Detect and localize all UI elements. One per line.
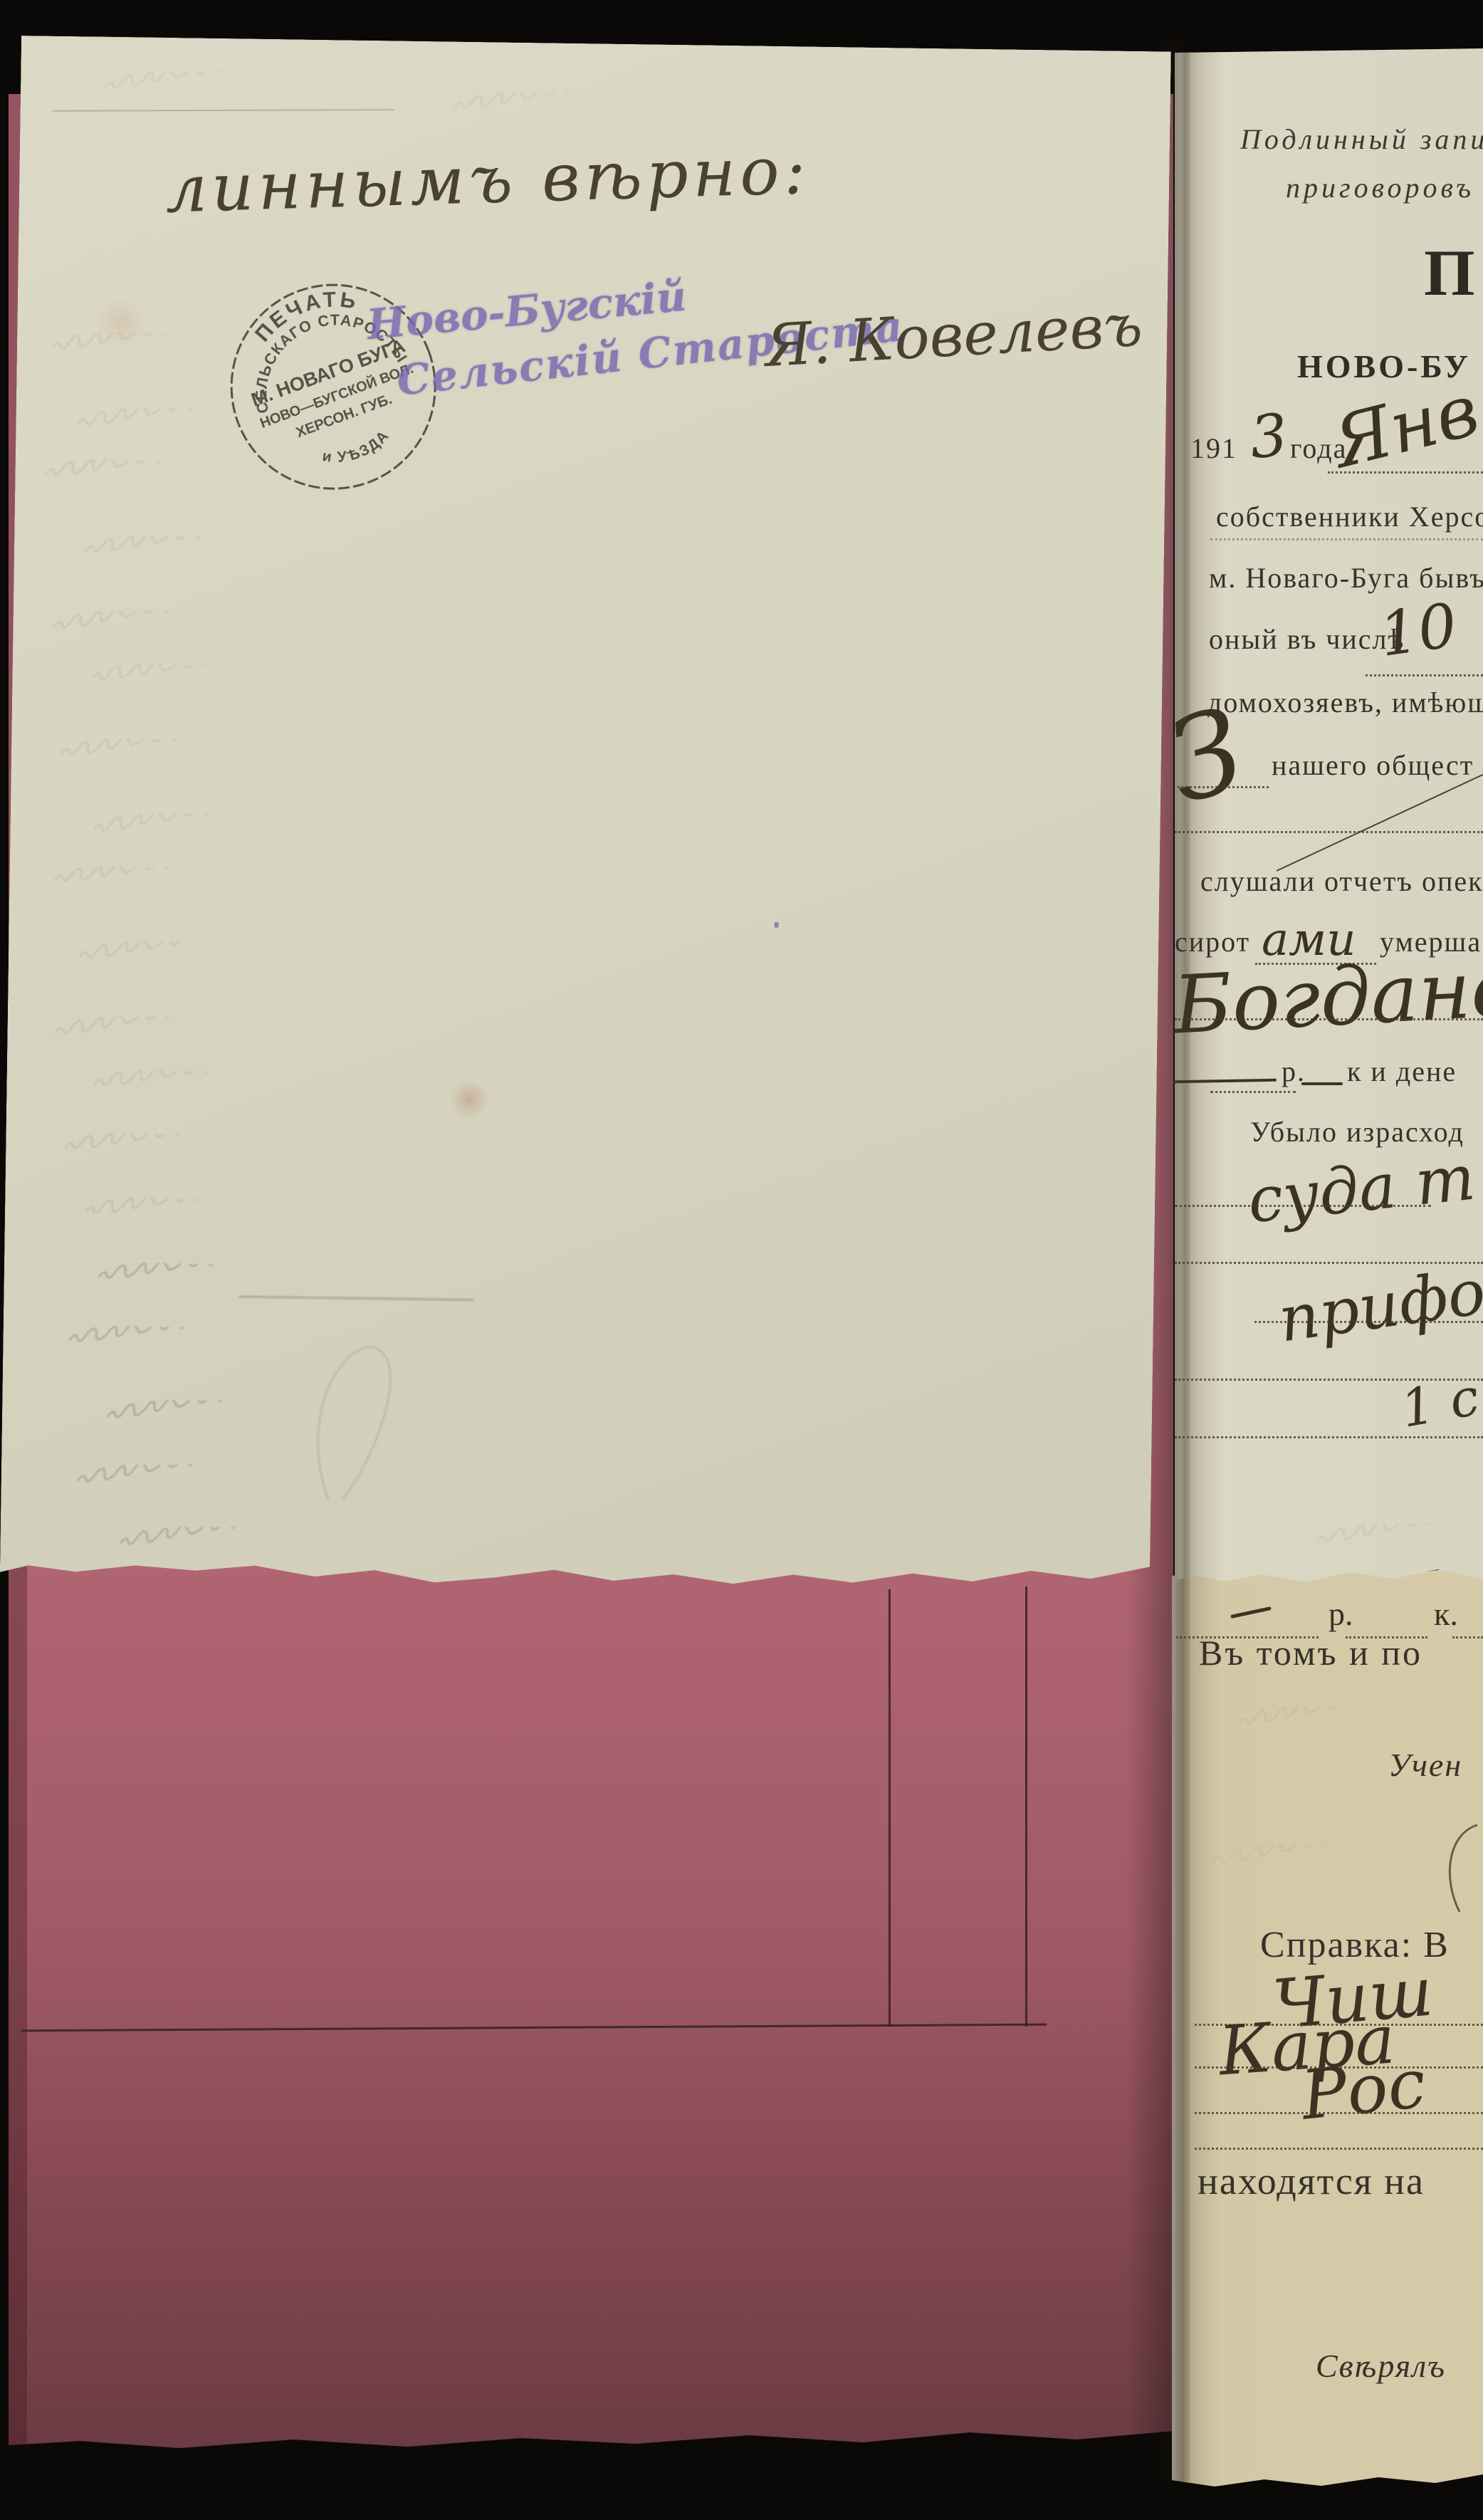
dotted-rule: [1210, 1091, 1296, 1093]
dotted-rule: [1175, 1205, 1431, 1207]
bleedthrough-handwriting-line: [43, 458, 1077, 514]
form-line-orphans: сирот: [1175, 925, 1250, 958]
folder-crease-line-vertical-1: [889, 1589, 891, 2027]
bleedthrough-handwriting-line: [58, 738, 1083, 776]
archival-photo: { "left_page": { "certification": "линны…: [0, 0, 1483, 2520]
handwritten-spravka3: Рос: [1298, 2044, 1430, 2135]
dotted-rule: [1195, 2112, 1483, 2114]
bleedthrough-handwriting-line: [51, 864, 1064, 919]
bleedthrough-handwriting-line: [91, 1068, 1019, 1122]
folder-crease-line-vertical-2: [1025, 1586, 1027, 2027]
bleedthrough-handwriting-line: [451, 92, 743, 120]
stamp-text-uezda: и УѢЗДА: [316, 424, 397, 475]
form-header-line1: Подлинный записанъ: [1240, 122, 1483, 156]
form-title-big-letter: П: [1424, 235, 1475, 310]
paper-stain: [448, 1082, 491, 1118]
form-line-spent: Убыло израсход: [1250, 1115, 1464, 1149]
bleedthrough-handwriting-line: [91, 810, 1027, 837]
bleedthrough-handwriting-line: [95, 1261, 987, 1313]
form-line-uchen: Учен: [1388, 1746, 1462, 1784]
dotted-rule: [1175, 1018, 1483, 1020]
handwritten-verso-page: линнымъ вѣрно: ПЕЧАТЬ СЕЛЬСКАГО СТАРОСТЫ…: [0, 36, 1171, 1596]
form-line-vtom: Въ томъ и по: [1199, 1632, 1422, 1673]
paper-stain: [88, 300, 153, 343]
ink-speck: [775, 922, 779, 928]
bleedthrough-handwriting-line: [52, 1013, 1059, 1041]
form-line-owners: собственники Херсонс: [1216, 500, 1483, 533]
form-rk-kopeks: к.: [1434, 1595, 1458, 1633]
sheet-left-edge-shadow: [1172, 1556, 1222, 2499]
dotted-rule: [1175, 831, 1483, 833]
certification-handwriting: линнымъ вѣрно:: [164, 132, 811, 228]
form-line-society: нашего общест: [1272, 748, 1474, 782]
bleedthrough-handwriting-line: [62, 1131, 1047, 1186]
pen-flourish: [1438, 1819, 1483, 1923]
bleedthrough-handwriting-line: [104, 1398, 932, 1425]
handwritten-surname: Богдано: [1171, 941, 1483, 1052]
bleedthrough-handwriting-line: [77, 941, 1066, 978]
elder-signature: Я. Ковелевъ: [763, 292, 1144, 380]
form-rk-rubles: р.: [1329, 1595, 1353, 1633]
form-line-novago-buga: м. Новаго-Буга бывъ: [1209, 561, 1483, 595]
dotted-rule: [1254, 1321, 1483, 1323]
form-line-listened: слушали отчетъ опек: [1200, 864, 1483, 898]
bleedthrough-underline: [239, 1295, 473, 1301]
dotted-rule: [1175, 1436, 1483, 1438]
dotted-rule: [1328, 471, 1483, 474]
pen-dash-stroke: [1301, 1082, 1343, 1085]
faint-pencil-line: [53, 109, 394, 112]
form-header-line2: приговоровъ подч: [1286, 171, 1483, 204]
bleedthrough-handwriting-line: [117, 1525, 766, 1552]
form-line-onyj: оный въ числѣ: [1209, 622, 1405, 656]
form-year-suffix: года: [1290, 432, 1347, 465]
bleedthrough-handwriting-line: [82, 1196, 1045, 1250]
form-year-printed: 191: [1190, 432, 1237, 465]
bleedthrough-handwriting-line: [75, 1462, 975, 1489]
form-line-located: находятся на: [1198, 2159, 1425, 2203]
bleedthrough-flourish: [285, 1321, 431, 1515]
form-line-verified: Свѣрялъ: [1316, 2347, 1446, 2385]
handwritten-count: 10: [1375, 590, 1462, 671]
page-corner-tab: [89, 27, 173, 40]
bleedthrough-handwriting-line: [83, 535, 1086, 573]
dotted-rule: [1452, 1636, 1483, 1638]
form-line-householders: домохозяевъ, имѣющи: [1207, 686, 1483, 719]
bleedthrough-handwriting-line: [66, 1324, 1029, 1378]
dotted-rule: [1366, 674, 1483, 676]
dotted-rule: [1178, 786, 1269, 788]
bleedthrough-handwriting-line: [103, 70, 409, 95]
dotted-rule: [1210, 538, 1483, 540]
form-kopeks-money-label: к и дене: [1347, 1055, 1457, 1088]
bleedthrough-handwriting-line: [90, 662, 1053, 716]
handwritten-year-digit: 3: [1247, 402, 1290, 472]
bleedthrough-handwriting-line: [51, 607, 1072, 635]
dotted-rule: [1195, 2148, 1483, 2150]
